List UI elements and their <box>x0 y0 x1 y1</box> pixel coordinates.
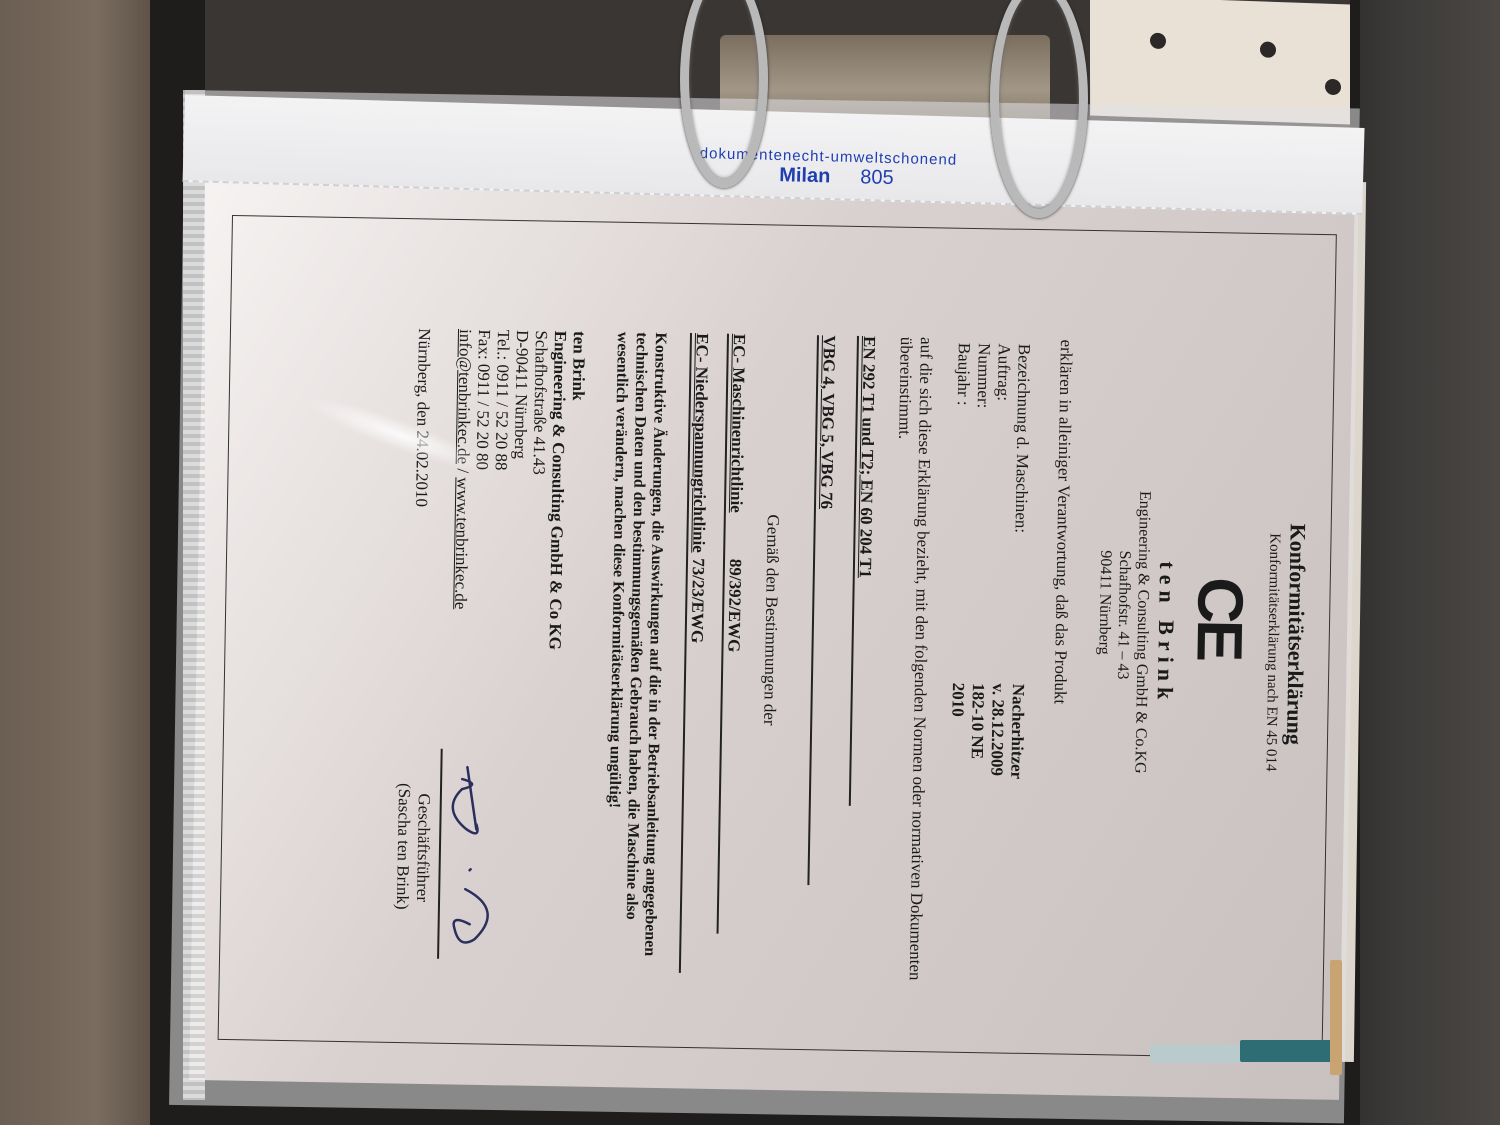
sleeve-perforated-edge <box>183 90 205 1100</box>
punch-hole <box>1260 41 1276 58</box>
declaration-document: Konformitätserklärung Konformitätserklär… <box>218 215 1337 1059</box>
field-value: v. 28.12.2009 <box>986 683 1009 776</box>
milan-logo: Milan <box>779 164 831 187</box>
punch-hole <box>1150 33 1166 50</box>
declaration-intro: erklären in alleiniger Verantwortung, da… <box>1049 339 1077 704</box>
doc-title: Konformitätserklärung <box>1280 523 1311 745</box>
punch-hole <box>1325 79 1341 96</box>
divider <box>679 333 692 973</box>
signatory-role: Geschäftsführer <box>412 793 435 902</box>
field-label: Nummer: <box>972 343 994 409</box>
directive-name: EC- Niederspannungrichtlinie <box>688 333 713 553</box>
field-value: 182-10 NE <box>966 683 989 759</box>
directives-intro: Gemäß den Bestimmungen der <box>759 514 784 725</box>
website-link[interactable]: www.tenbrinkec.de <box>451 477 472 609</box>
desk-surface <box>0 0 160 1125</box>
standard-item: VBG 4, VBG 5, VBG 76 <box>816 335 840 509</box>
signature-icon <box>434 759 508 970</box>
index-tab <box>1150 1045 1240 1063</box>
directive-code: 73/23/EWG <box>686 558 709 643</box>
directive-name: EC- Maschinenrichtlinie <box>726 334 750 513</box>
index-tab <box>1240 1040 1335 1062</box>
company-city: 90411 Nürnberg <box>1093 550 1115 655</box>
document-area: Konformitätserklärung Konformitätserklär… <box>218 215 1342 1064</box>
field-value: 2010 <box>947 683 969 717</box>
signatory-name: (Sascha ten Brink) <box>392 783 415 910</box>
divider <box>808 335 819 885</box>
directive-code: 89/392/EWG <box>723 559 746 653</box>
index-tab <box>1330 960 1342 1075</box>
company-name: Engineering & Consulting GmbH & Co.KG <box>1129 491 1154 774</box>
conformity-text: übereinstimmt. <box>894 337 917 440</box>
company-street: Schafhofstr. 41 – 43 <box>1112 550 1134 679</box>
field-label: Baujahr : <box>953 343 975 406</box>
ce-mark-icon: CE <box>1179 577 1260 659</box>
place-date: Nürnberg, den 24.02.2010 <box>411 328 435 507</box>
field-value: Nacherhitzer <box>1006 684 1029 780</box>
footer-name: ten Brink <box>568 331 590 401</box>
field-label: Auftrag: <box>993 343 1015 401</box>
sleeve-number: 805 <box>860 166 894 189</box>
company-brand: ten Brink <box>1151 561 1181 705</box>
